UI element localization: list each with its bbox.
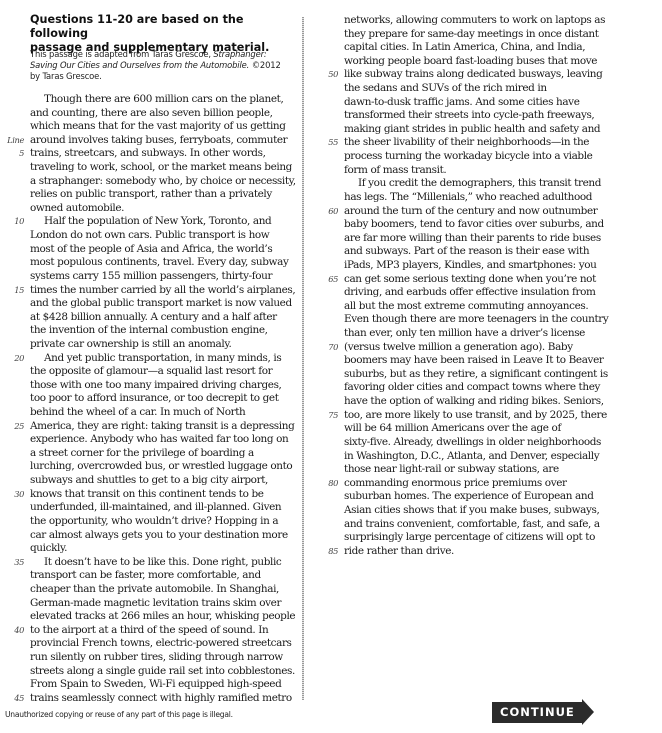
- passage-line: cheaper than the private automobile. In …: [0, 583, 300, 597]
- line-text: and the global public transport market i…: [30, 297, 292, 311]
- passage-line: and counting, there are also seven billi…: [0, 107, 300, 121]
- line-text: will be 64 million Americans over the ag…: [344, 422, 561, 436]
- line-text: suburban homes. The experience of Europe…: [344, 490, 594, 504]
- line-text: a straphanger: somebody who, by choice o…: [30, 175, 296, 189]
- line-number: 65: [314, 273, 338, 287]
- passage-line: From Spain to Sweden, Wi-Fi equipped hig…: [0, 678, 300, 692]
- line-text: can get some serious texting done when y…: [344, 273, 596, 287]
- line-text: trains, streetcars, and subways. In othe…: [30, 147, 266, 161]
- line-text: underfunded, ill-maintained, and ill-pla…: [30, 501, 281, 515]
- line-number: 40: [0, 624, 24, 638]
- passage-line: private car ownership is still an anomal…: [0, 338, 300, 352]
- line-text: (versus twelve million a generation ago)…: [344, 341, 573, 355]
- passage-line: London do not own cars. Public transport…: [0, 229, 300, 243]
- passage-line: 15times the number carried by all the wo…: [0, 284, 300, 298]
- line-text: suburbs, but as they retire, a significa…: [344, 368, 608, 382]
- line-text: the opposite of glamour—a squalid last r…: [30, 365, 272, 379]
- passage-line: all but the most extreme commuting annoy…: [316, 300, 636, 314]
- passage-line: transport can be faster, more comfortabl…: [0, 569, 300, 583]
- book-title-part-1: Straphanger:: [213, 49, 266, 59]
- line-text: those with one too many impaired driving…: [30, 379, 282, 393]
- passage-line: 20And yet public transportation, in many…: [0, 352, 300, 366]
- line-text: a street corner for the privilege of boa…: [30, 447, 254, 461]
- line-text: Half the population of New York, Toronto…: [30, 215, 271, 229]
- copyright-notice: Unauthorized copying or reuse of any par…: [5, 710, 233, 719]
- passage-line: experience. Anybody who has waited far t…: [0, 433, 300, 447]
- passage-line: 55the sheer livability of their neighbor…: [316, 136, 636, 150]
- passage-line: Though there are 600 million cars on the…: [0, 93, 300, 107]
- passage-line: 30knows that transit on this continent t…: [0, 488, 300, 502]
- passage-line: networks, allowing commuters to work on …: [316, 14, 636, 28]
- line-text: favoring older cities and compact towns …: [344, 381, 600, 395]
- passage-line: boomers may have been raised in Leave It…: [316, 354, 636, 368]
- line-text: like subway trains along dedicated buswa…: [344, 68, 602, 82]
- passage-line: elevated tracks at 266 miles an hour, wh…: [0, 610, 300, 624]
- passage-line: 80commanding enormous price premiums ove…: [316, 477, 636, 491]
- passage-line: than ever, only ten million have a drive…: [316, 327, 636, 341]
- passage-line: most populous continents, travel. Every …: [0, 256, 300, 270]
- source-line-1: This passage is adapted from Taras Gresc…: [30, 49, 310, 60]
- line-text: which means that for the vast majority o…: [30, 120, 286, 134]
- line-text: and counting, there are also seven billi…: [30, 107, 273, 121]
- passage-line: suburban homes. The experience of Europe…: [316, 490, 636, 504]
- passage-line: the sedans and SUVs of the rich mired in: [316, 82, 636, 96]
- passage-line: underfunded, ill-maintained, and ill-pla…: [0, 501, 300, 515]
- line-text: Though there are 600 million cars on the…: [30, 93, 283, 107]
- passage-line: has legs. The “Millenials,” who reached …: [316, 191, 636, 205]
- line-number: 75: [314, 409, 338, 423]
- line-text: around the turn of the century and now o…: [344, 205, 597, 219]
- passage-source: This passage is adapted from Taras Gresc…: [30, 49, 310, 83]
- passage-line: at $428 billion annually. A century and …: [0, 311, 300, 325]
- line-text: are far more willing than their parents …: [344, 232, 601, 246]
- line-text: experience. Anybody who has waited far t…: [30, 433, 288, 447]
- passage-line: capital cities. In Latin America, China,…: [316, 41, 636, 55]
- header-line-1: Questions 11-20 are based on the followi…: [30, 13, 300, 41]
- passage-line: If you credit the demographers, this tra…: [316, 177, 636, 191]
- passage-line: 25America, they are right: taking transi…: [0, 420, 300, 434]
- line-text: behind the wheel of a car. In much of No…: [30, 406, 245, 420]
- line-text: at $428 billion annually. A century and …: [30, 311, 277, 325]
- line-number: 50: [314, 68, 338, 82]
- passage-line: quickly.: [0, 542, 300, 556]
- line-text: sixty-five. Already, dwellings in older …: [344, 436, 601, 450]
- passage-line: too poor to afford insurance, or too dec…: [0, 392, 300, 406]
- line-text: dawn-to-dusk traffic jams. And some citi…: [344, 96, 580, 110]
- passage-line: in Washington, D.C., Atlanta, and Denver…: [316, 450, 636, 464]
- source-prefix: This passage is adapted from Taras Gresc…: [30, 49, 213, 59]
- line-text: driving, and earbuds offer effective ins…: [344, 286, 596, 300]
- source-line-2: Saving Our Cities and Ourselves from the…: [30, 60, 310, 71]
- passage-line: form of mass transit.: [316, 164, 636, 178]
- line-number: 30: [0, 488, 24, 502]
- line-text: most populous continents, travel. Every …: [30, 256, 288, 270]
- passage-line: and trains convenient, comfortable, fast…: [316, 518, 636, 532]
- passage-line: driving, and earbuds offer effective ins…: [316, 286, 636, 300]
- line-text: networks, allowing commuters to work on …: [344, 14, 605, 28]
- line-text: transport can be faster, more comfortabl…: [30, 569, 261, 583]
- passage-line: 85ride rather than drive.: [316, 545, 636, 559]
- line-text: From Spain to Sweden, Wi-Fi equipped hig…: [30, 678, 281, 692]
- passage-line: those near light-rail or subway stations…: [316, 463, 636, 477]
- passage-line: Asian cities shows that if you make buse…: [316, 504, 636, 518]
- passage-line: transformed their streets into cycle-pat…: [316, 109, 636, 123]
- passage-line: subways and shuttles to get to a big cit…: [0, 474, 300, 488]
- passage-line: working people board fast-loading buses …: [316, 55, 636, 69]
- line-text: commanding enormous price premiums over: [344, 477, 567, 491]
- passage-line: making giant strides in public health an…: [316, 123, 636, 137]
- line-text: If you credit the demographers, this tra…: [344, 177, 601, 191]
- line-text: the invention of the internal combustion…: [30, 324, 268, 338]
- passage-line: the opposite of glamour—a squalid last r…: [0, 365, 300, 379]
- passage-line: iPads, MP3 players, Kindles, and smartph…: [316, 259, 636, 273]
- passage-line: a street corner for the privilege of boa…: [0, 447, 300, 461]
- line-text: knows that transit on this continent ten…: [30, 488, 264, 502]
- passage-line: have the option of walking and riding bi…: [316, 395, 636, 409]
- passage-line: which means that for the vast majority o…: [0, 120, 300, 134]
- passage-line: owned automobile.: [0, 202, 300, 216]
- line-text: the sedans and SUVs of the rich mired in: [344, 82, 547, 96]
- line-number: 15: [0, 284, 24, 298]
- line-text: quickly.: [30, 542, 67, 556]
- line-text: trains seamlessly connect with highly ra…: [30, 692, 292, 706]
- passage-line: 10Half the population of New York, Toron…: [0, 215, 300, 229]
- passage-line: are far more willing than their parents …: [316, 232, 636, 246]
- passage-line: sixty-five. Already, dwellings in older …: [316, 436, 636, 450]
- passage-line: run silently on rubber tires, sliding th…: [0, 651, 300, 665]
- passage-line: 50like subway trains along dedicated bus…: [316, 68, 636, 82]
- line-number: 55: [314, 136, 338, 150]
- continue-label: CONTINUE: [500, 705, 575, 719]
- passage-line: behind the wheel of a car. In much of No…: [0, 406, 300, 420]
- line-text: private car ownership is still an anomal…: [30, 338, 231, 352]
- column-divider: [302, 17, 304, 700]
- copyright-year: ©2012: [249, 60, 280, 70]
- line-text: the sheer livability of their neighborho…: [344, 136, 589, 150]
- line-text: has legs. The “Millenials,” who reached …: [344, 191, 592, 205]
- passage-line: they prepare for same-day meetings in on…: [316, 28, 636, 42]
- line-number: 35: [0, 556, 24, 570]
- passage-line: 45trains seamlessly connect with highly …: [0, 692, 300, 706]
- line-text: boomers may have been raised in Leave It…: [344, 354, 603, 368]
- passage-line: dawn-to-dusk traffic jams. And some citi…: [316, 96, 636, 110]
- line-text: iPads, MP3 players, Kindles, and smartph…: [344, 259, 596, 273]
- line-text: form of mass transit.: [344, 164, 446, 178]
- passage-line: process turning the workaday bicycle int…: [316, 150, 636, 164]
- passage-line: those with one too many impaired driving…: [0, 379, 300, 393]
- line-number: 60: [314, 205, 338, 219]
- passage-line: traveling to work, school, or the market…: [0, 161, 300, 175]
- passage-text-right: networks, allowing commuters to work on …: [316, 14, 636, 558]
- line-text: And yet public transportation, in many m…: [30, 352, 281, 366]
- passage-line: provincial French towns, electric-powere…: [0, 637, 300, 651]
- passage-line: 5trains, streetcars, and subways. In oth…: [0, 147, 300, 161]
- line-text: systems carry 155 million passengers, th…: [30, 270, 272, 284]
- line-text: Even though there are more teenagers in …: [344, 313, 608, 327]
- passage-line: 75too, are more likely to use transit, a…: [316, 409, 636, 423]
- right-arrow-icon: [582, 699, 594, 725]
- line-text: they prepare for same-day meetings in on…: [344, 28, 599, 42]
- passage-line: car almost always gets you to your desti…: [0, 529, 300, 543]
- line-text: too, are more likely to use transit, and…: [344, 409, 607, 423]
- line-text: those near light-rail or subway stations…: [344, 463, 559, 477]
- line-number: 25: [0, 420, 24, 434]
- line-number: 20: [0, 352, 24, 366]
- line-text: traveling to work, school, or the market…: [30, 161, 292, 175]
- line-text: It doesn’t have to be like this. Done ri…: [30, 556, 281, 570]
- line-text: times the number carried by all the worl…: [30, 284, 295, 298]
- line-number: 70: [314, 341, 338, 355]
- line-number: 5: [0, 147, 24, 161]
- passage-line: German-made magnetic levitation trains s…: [0, 597, 300, 611]
- line-text: transformed their streets into cycle-pat…: [344, 109, 594, 123]
- passage-line: will be 64 million Americans over the ag…: [316, 422, 636, 436]
- passage-line: favoring older cities and compact towns …: [316, 381, 636, 395]
- line-text: German-made magnetic levitation trains s…: [30, 597, 281, 611]
- passage-line: 60around the turn of the century and now…: [316, 205, 636, 219]
- passage-line: streets along a single guide rail set in…: [0, 665, 300, 679]
- line-text: too poor to afford insurance, or too dec…: [30, 392, 279, 406]
- line-text: process turning the workaday bicycle int…: [344, 150, 592, 164]
- line-text: all but the most extreme commuting annoy…: [344, 300, 588, 314]
- line-text: run silently on rubber tires, sliding th…: [30, 651, 283, 665]
- line-text: most of the people of Asia and Africa, t…: [30, 243, 272, 257]
- line-text: cheaper than the private automobile. In …: [30, 583, 279, 597]
- line-text: London do not own cars. Public transport…: [30, 229, 269, 243]
- passage-line: surprisingly large percentage of citizen…: [316, 531, 636, 545]
- passage-line: lurching, overcrowded bus, or wrestled l…: [0, 460, 300, 474]
- line-text: ride rather than drive.: [344, 545, 454, 559]
- line-text: the opportunity, who wouldn’t drive? Hop…: [30, 515, 278, 529]
- passage-line: the opportunity, who wouldn’t drive? Hop…: [0, 515, 300, 529]
- source-line-3: by Taras Grescoe.: [30, 71, 310, 82]
- line-text: streets along a single guide rail set in…: [30, 665, 295, 679]
- passage-line: Linearound involves taking buses, ferryb…: [0, 134, 300, 148]
- book-title-part-2: Saving Our Cities and Ourselves from the…: [30, 60, 249, 70]
- line-text: and subways. Part of the reason is their…: [344, 245, 589, 259]
- line-text: capital cities. In Latin America, China,…: [344, 41, 585, 55]
- line-number: 45: [0, 692, 24, 706]
- line-number: 85: [314, 545, 338, 559]
- line-text: in Washington, D.C., Atlanta, and Denver…: [344, 450, 599, 464]
- line-number: 10: [0, 215, 24, 229]
- line-text: Asian cities shows that if you make buse…: [344, 504, 599, 518]
- line-text: surprisingly large percentage of citizen…: [344, 531, 595, 545]
- passage-line: baby boomers, tend to favor cities over …: [316, 218, 636, 232]
- passage-line: a straphanger: somebody who, by choice o…: [0, 175, 300, 189]
- passage-text-left: Though there are 600 million cars on the…: [0, 93, 300, 705]
- line-text: working people board fast-loading buses …: [344, 55, 597, 69]
- passage-line: and subways. Part of the reason is their…: [316, 245, 636, 259]
- line-text: provincial French towns, electric-powere…: [30, 637, 292, 651]
- line-text: car almost always gets you to your desti…: [30, 529, 288, 543]
- passage-line: and the global public transport market i…: [0, 297, 300, 311]
- line-text: owned automobile.: [30, 202, 124, 216]
- passage-line: suburbs, but as they retire, a significa…: [316, 368, 636, 382]
- continue-button[interactable]: CONTINUE: [492, 702, 582, 723]
- line-text: and trains convenient, comfortable, fast…: [344, 518, 600, 532]
- passage-line: 70(versus twelve million a generation ag…: [316, 341, 636, 355]
- passage-line: relies on public transport, rather than …: [0, 188, 300, 202]
- passage-line: 35It doesn’t have to be like this. Done …: [0, 556, 300, 570]
- passage-line: systems carry 155 million passengers, th…: [0, 270, 300, 284]
- line-text: America, they are right: taking transit …: [30, 420, 294, 434]
- line-number: 80: [314, 477, 338, 491]
- line-text: to the airport at a third of the speed o…: [30, 624, 268, 638]
- line-text: relies on public transport, rather than …: [30, 188, 272, 202]
- passage-line: 65can get some serious texting done when…: [316, 273, 636, 287]
- line-text: making giant strides in public health an…: [344, 123, 600, 137]
- line-text: elevated tracks at 266 miles an hour, wh…: [30, 610, 295, 624]
- line-text: have the option of walking and riding bi…: [344, 395, 604, 409]
- line-text: subways and shuttles to get to a big cit…: [30, 474, 268, 488]
- line-text: baby boomers, tend to favor cities over …: [344, 218, 604, 232]
- line-text: lurching, overcrowded bus, or wrestled l…: [30, 460, 292, 474]
- line-text: around involves taking buses, ferryboats…: [30, 134, 287, 148]
- passage-line: most of the people of Asia and Africa, t…: [0, 243, 300, 257]
- passage-line: Even though there are more teenagers in …: [316, 313, 636, 327]
- passage-line: 40to the airport at a third of the speed…: [0, 624, 300, 638]
- line-text: than ever, only ten million have a drive…: [344, 327, 585, 341]
- line-number: Line: [0, 134, 24, 148]
- passage-line: the invention of the internal combustion…: [0, 324, 300, 338]
